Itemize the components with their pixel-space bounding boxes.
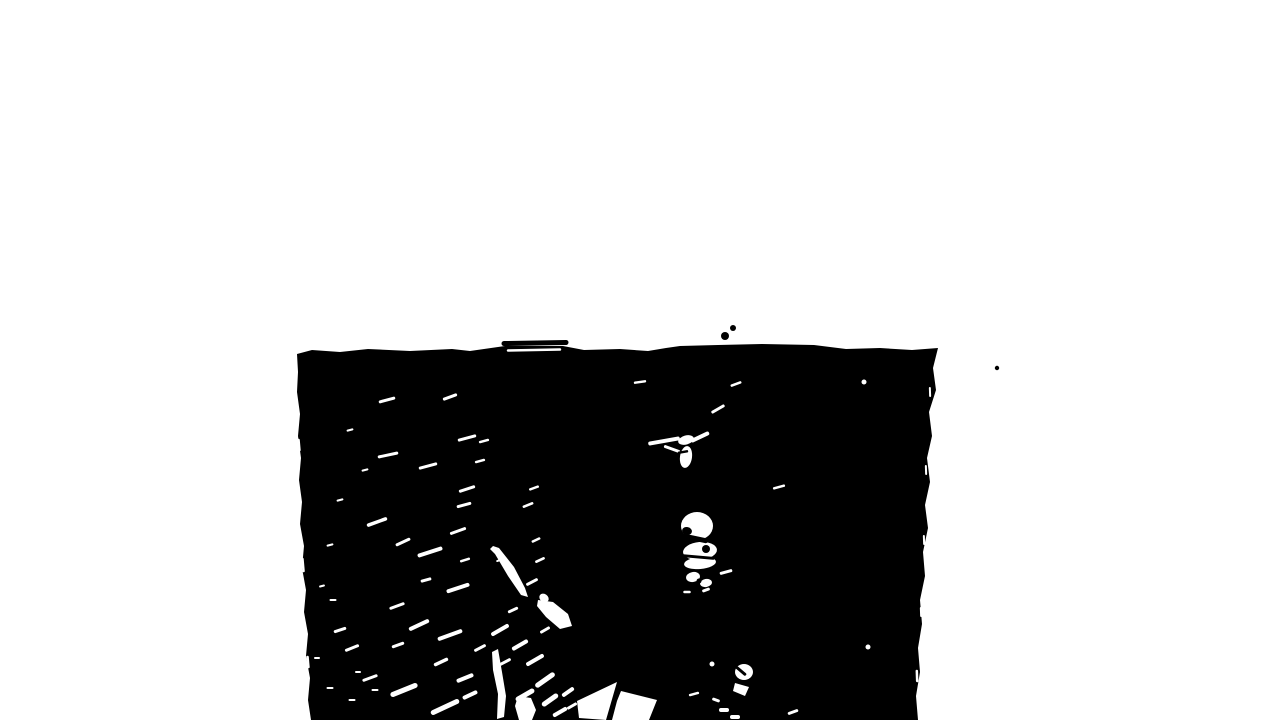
white-field: [0, 0, 1280, 720]
artwork-black-block: [297, 344, 938, 720]
binarized-artwork-image: [0, 0, 1280, 720]
top-edge-lip: [504, 342, 566, 343]
artwork-block: [297, 344, 938, 720]
